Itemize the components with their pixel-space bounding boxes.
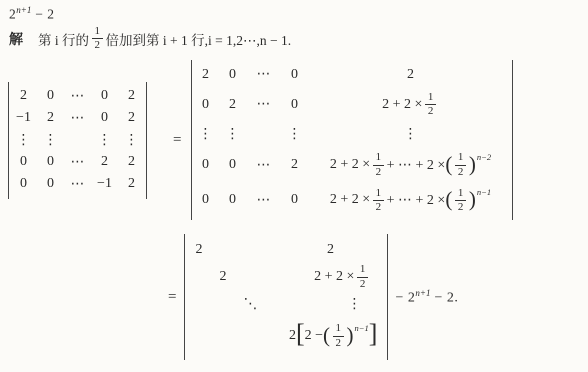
fraction-one-half: 12: [92, 25, 103, 52]
fraction-one-half: 12: [455, 151, 466, 178]
det-cell-expression: 2 + 2 × 12: [305, 263, 379, 290]
fraction-denominator: 2: [426, 105, 436, 118]
right-paren: ): [469, 189, 476, 210]
det-cell: ⋯: [256, 96, 270, 113]
expression-text: 2: [289, 328, 296, 344]
fraction-one-half: 12: [455, 187, 466, 214]
fraction-one-half: 12: [373, 187, 384, 214]
right-bracket: ]: [369, 321, 378, 347]
left-paren: (: [445, 189, 452, 210]
result-lead: − 2: [395, 290, 415, 305]
det-cell: 2: [128, 88, 135, 104]
result-exponent: n+1: [415, 288, 430, 298]
fraction-one-half: 12: [373, 151, 384, 178]
det-cell: 0: [202, 192, 209, 208]
left-paren: (: [445, 154, 452, 175]
det-cell: 0: [291, 67, 298, 83]
fraction-denominator: 2: [93, 39, 103, 52]
determinant-diagonal: 2 2 2 2 + 2 × 12 ⋱ ⋮ 2 [: [184, 234, 388, 360]
det-cell: ⋮: [225, 126, 239, 143]
answer-exponent: n+1: [16, 5, 31, 15]
det-cell-expression: 2 + 2 × 12 + ⋯ + 2 × ( 12 ) n−1: [330, 187, 491, 214]
det-cell: 0: [229, 192, 236, 208]
det-cell: ⋮: [403, 126, 417, 143]
det-cell: 0: [291, 97, 298, 113]
det-cell: 0: [229, 67, 236, 83]
result-rest: − 2.: [430, 290, 458, 305]
det-cell: 2: [128, 154, 135, 170]
det-cell: 0: [20, 176, 27, 192]
det-cell: 2: [128, 176, 135, 192]
solution-marker: 解: [9, 29, 23, 49]
det-row: 2 2 + 2 × 12: [193, 262, 379, 292]
det-cell: ⋮: [287, 126, 301, 143]
solution-text-before: 第 i 行的: [38, 29, 89, 49]
expression-text: 2 −: [305, 328, 323, 344]
ddots-symbol: ⋱: [193, 296, 329, 313]
det-cell: 2: [20, 88, 27, 104]
result-expression: − 2n+1 − 2.: [395, 288, 458, 307]
det-cell: 0: [47, 88, 54, 104]
det-cell: ⋮: [17, 132, 31, 149]
fraction-numerator: 1: [455, 187, 466, 201]
det-cell: 2: [101, 154, 108, 170]
expression-text: 2 + 2 ×: [330, 192, 370, 208]
determinant-rhs: 2 0 ⋯ 0 2 0 2 ⋯ 0 2 + 2 × 12 ⋮ ⋮ ⋮ ⋮: [191, 60, 513, 220]
det-cell: 0: [202, 97, 209, 113]
fraction-one-half: 12: [357, 263, 368, 290]
det-cell: 2: [128, 110, 135, 126]
equation-2: = 2 2 2 2 + 2 × 12 ⋱ ⋮: [168, 234, 458, 360]
expression-text: + ⋯ + 2 ×: [387, 157, 446, 174]
det-cell: 0: [101, 88, 108, 104]
det-cell: −1: [16, 110, 31, 126]
fraction-numerator: 1: [425, 91, 436, 105]
det-cell: 2: [193, 242, 281, 258]
determinant-rhs-grid: 2 0 ⋯ 0 2 0 2 ⋯ 0 2 + 2 × 12 ⋮ ⋮ ⋮ ⋮: [192, 60, 512, 220]
equation-1: 2 0 ⋯ 0 2 −1 2 ⋯ 0 2 ⋮ ⋮ ⋮ ⋮ 0 0 ⋯ 2 2: [8, 60, 513, 220]
expression-text: + ⋯ + 2 ×: [387, 192, 446, 209]
det-cell: ⋯: [71, 88, 85, 105]
det-row: 2 2: [193, 238, 379, 262]
fraction-denominator: 2: [374, 166, 384, 179]
equals-sign-2: =: [168, 289, 176, 306]
solution-text-after: 倍加到第 i + 1 行,i = 1,2⋯,n − 1.: [106, 29, 292, 49]
det-cell: ⋯: [71, 110, 85, 127]
fraction-denominator: 2: [456, 201, 466, 214]
det-row: 2 [ 2 − ( 12 ) n−1 ]: [193, 316, 379, 356]
det-cell: ⋮: [98, 132, 112, 149]
answer-line: 2n+1 − 2: [9, 5, 54, 23]
exponent: n−1: [355, 323, 369, 333]
det-cell-expression: 2 + 2 × 12: [382, 91, 439, 118]
exponent: n−2: [477, 152, 491, 162]
fraction-numerator: 1: [92, 25, 103, 39]
det-cell: ⋯: [256, 157, 270, 174]
det-cell: 2: [281, 242, 379, 258]
det-cell: 2: [229, 97, 236, 113]
fraction-numerator: 1: [357, 263, 368, 277]
textbook-page: 2n+1 − 2 解 第 i 行的 12 倍加到第 i + 1 行,i = 1,…: [0, 0, 588, 372]
determinant-lhs-grid: 2 0 ⋯ 0 2 −1 2 ⋯ 0 2 ⋮ ⋮ ⋮ ⋮ 0 0 ⋯ 2 2: [9, 82, 146, 199]
expression-text: 2 + 2 ×: [330, 157, 370, 173]
answer-rest: − 2: [31, 7, 54, 22]
det-row: ⋱ ⋮: [193, 292, 379, 316]
fraction-numerator: 1: [373, 151, 384, 165]
det-cell: ⋯: [71, 154, 85, 171]
det-cell: 0: [47, 154, 54, 170]
expression-text: 2 + 2 ×: [314, 269, 354, 285]
det-cell-expression: 2 + 2 × 12 + ⋯ + 2 × ( 12 ) n−2: [330, 151, 491, 178]
det-cell: ⋮: [198, 126, 212, 143]
right-paren: ): [469, 154, 476, 175]
det-cell: 2: [202, 67, 209, 83]
det-cell: 0: [291, 192, 298, 208]
det-cell: ⋯: [256, 66, 270, 83]
fraction-one-half: 12: [425, 91, 436, 118]
det-cell: 0: [229, 157, 236, 173]
exponent: n−1: [477, 187, 491, 197]
det-cell: −1: [97, 176, 112, 192]
expression-text: 2 + 2 ×: [382, 97, 422, 113]
det-cell: ⋮: [44, 132, 58, 149]
fraction-numerator: 1: [373, 187, 384, 201]
solution-line: 解 第 i 行的 12 倍加到第 i + 1 行,i = 1,2⋯,n − 1.: [9, 25, 291, 52]
fraction-denominator: 2: [456, 166, 466, 179]
det-cell-expression: 2 [ 2 − ( 12 ) n−1 ]: [289, 322, 378, 349]
fraction-denominator: 2: [374, 201, 384, 214]
det-cell: 2: [47, 110, 54, 126]
fraction-numerator: 1: [455, 151, 466, 165]
equals-sign-1: =: [173, 132, 181, 149]
det-cell: 0: [101, 110, 108, 126]
left-bracket: [: [296, 321, 305, 347]
det-cell: 0: [202, 157, 209, 173]
fraction-denominator: 2: [334, 337, 344, 350]
right-paren: ): [347, 325, 354, 346]
fraction-denominator: 2: [358, 278, 368, 291]
det-cell: 2: [291, 157, 298, 173]
fraction-one-half: 12: [333, 322, 344, 349]
vdots-symbol: ⋮: [329, 296, 379, 313]
det-cell: 0: [20, 154, 27, 170]
fraction-numerator: 1: [333, 322, 344, 336]
determinant-lhs: 2 0 ⋯ 0 2 −1 2 ⋯ 0 2 ⋮ ⋮ ⋮ ⋮ 0 0 ⋯ 2 2: [8, 82, 147, 199]
expression: 2 + 2 × 12: [314, 263, 371, 290]
det-cell: ⋯: [256, 192, 270, 209]
det-cell: ⋯: [71, 176, 85, 193]
det-cell: 0: [47, 176, 54, 192]
left-paren: (: [323, 325, 330, 346]
det-cell: 2: [193, 269, 305, 285]
det-cell: 2: [407, 67, 414, 83]
det-cell: ⋮: [125, 132, 139, 149]
